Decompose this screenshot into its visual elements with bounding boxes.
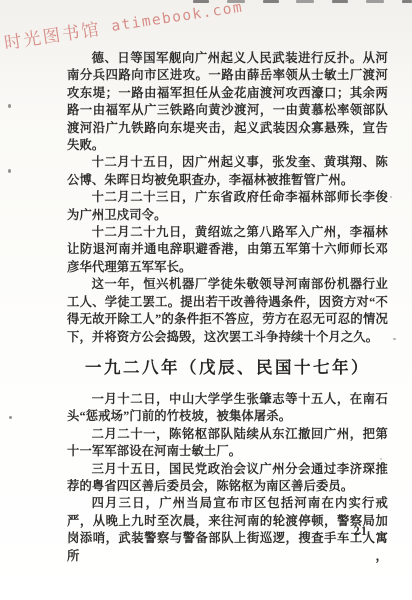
page-number: 21	[354, 524, 369, 539]
page-text-block: 德、日等国军舰向广州起义人民武装进行反扑。从河南分兵四路向市区进攻。一路由薛岳率…	[67, 50, 388, 565]
site-watermark: 时光图书馆 atimebook.com	[2, 0, 263, 55]
dash-mark	[332, 0, 348, 3]
paragraph: 四月三日，广州当局宣布市区包括河南在内实行戒严，从晚上九时至次晨，来往河南的轮渡…	[67, 495, 388, 565]
dash-mark	[366, 0, 384, 3]
paragraph: 三月十五日，国民党政治会议广州分会通过李济琛推荐的粤省四区善后委员会，陈铭枢为南…	[67, 461, 388, 496]
paragraph: 二月二十一，陈铭枢部队陆续从东江撤回广州，把第十一军军部设在河南士敏土厂。	[67, 426, 388, 461]
scan-speck	[9, 416, 12, 419]
paragraph: 一月十二日，中山大学学生张肇志等十五人，在南石头“惩戒场”门前的竹枝坡，被集体屠…	[67, 391, 388, 426]
scan-top-dashes	[193, 0, 412, 4]
dash-mark	[296, 0, 314, 3]
paragraph: 十二月十五日，因广州起义事，张发奎、黄琪翔、陈公博、朱晖日均被免职查办，李福林被…	[67, 154, 388, 189]
paragraph: 十二月二十三日，广东省政府任命李福林部师长李俊为广州卫戍司令。	[67, 189, 388, 224]
scan-speck	[390, 196, 392, 198]
dash-mark	[402, 0, 412, 3]
dash-mark	[193, 0, 209, 3]
scan-speck	[8, 169, 11, 173]
paragraph: 十二月二十九日，黄绍竑之第八路军入广州，李福林让防退河南并通电辞职避香港，由第五…	[67, 224, 388, 276]
watermark-site-name: 时光图书馆	[3, 19, 102, 53]
paragraph: 德、日等国军舰向广州起义人民武装进行反扑。从河南分兵四路向市区进攻。一路由薛岳率…	[67, 50, 388, 154]
dash-mark	[263, 0, 279, 3]
dash-mark	[227, 0, 245, 3]
paragraph: 这一年，恒兴机器厂学徒朱敬领导河南部份机器行业工人、学徒工罢工。提出若干改善待遇…	[67, 276, 388, 346]
book-page: 时光图书馆 atimebook.com 德、日等国军舰向广州起义人民武装进行反扑…	[0, 0, 412, 600]
scan-speck	[380, 458, 382, 460]
scan-speck	[393, 338, 396, 340]
scan-speck	[8, 104, 11, 108]
watermark-site-domain: atimebook.com	[110, 0, 244, 35]
year-heading: 一九二八年（戊辰、民国十七年）	[67, 357, 388, 379]
